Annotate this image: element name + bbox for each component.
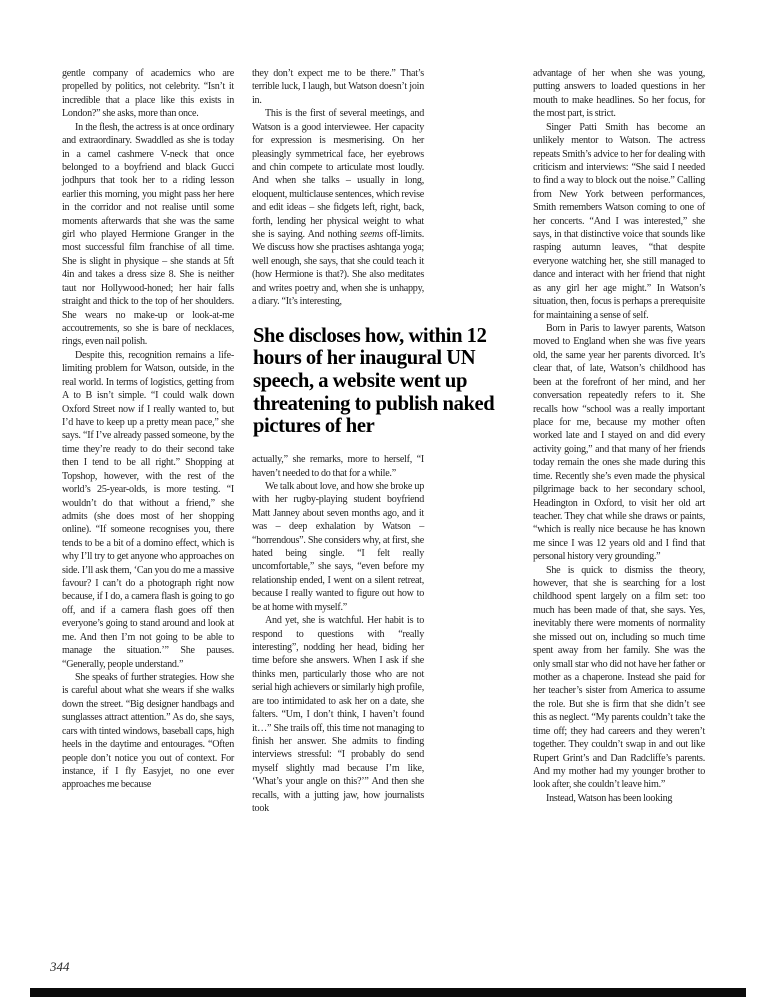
- text-column-1: gentle company of academics who are prop…: [62, 67, 234, 792]
- body-paragraph: In the flesh, the actress is at once ord…: [62, 121, 234, 349]
- body-paragraph: This is the first of several meetings, a…: [252, 107, 424, 308]
- pull-quote: She discloses how, within 12 hours of he…: [253, 325, 516, 439]
- page-bottom-edge-bar: [30, 988, 746, 997]
- body-paragraph: gentle company of academics who are prop…: [62, 67, 234, 121]
- body-paragraph: She speaks of further strategies. How sh…: [62, 671, 234, 792]
- body-paragraph: We talk about love, and how she broke up…: [252, 480, 424, 614]
- body-paragraph: She is quick to dismiss the theory, howe…: [533, 564, 705, 792]
- text-column-2-top: they don’t expect me to be there.” That’…: [252, 67, 424, 309]
- body-paragraph: actually,” she remarks, more to herself,…: [252, 453, 424, 480]
- text-column-2: they don’t expect me to be there.” That’…: [252, 67, 424, 816]
- body-paragraph: Instead, Watson has been looking: [533, 792, 705, 805]
- text-column-3: advantage of her when she was young, put…: [533, 67, 705, 805]
- page-number: 344: [50, 959, 70, 975]
- body-paragraph: Despite this, recognition remains a life…: [62, 349, 234, 671]
- body-paragraph: advantage of her when she was young, put…: [533, 67, 705, 121]
- body-paragraph: they don’t expect me to be there.” That’…: [252, 67, 424, 107]
- body-paragraph: Born in Paris to lawyer parents, Watson …: [533, 322, 705, 564]
- body-paragraph: Singer Patti Smith has become an unlikel…: [533, 121, 705, 322]
- body-paragraph: And yet, she is watchful. Her habit is t…: [252, 614, 424, 815]
- text-column-2-bottom: actually,” she remarks, more to herself,…: [252, 453, 424, 815]
